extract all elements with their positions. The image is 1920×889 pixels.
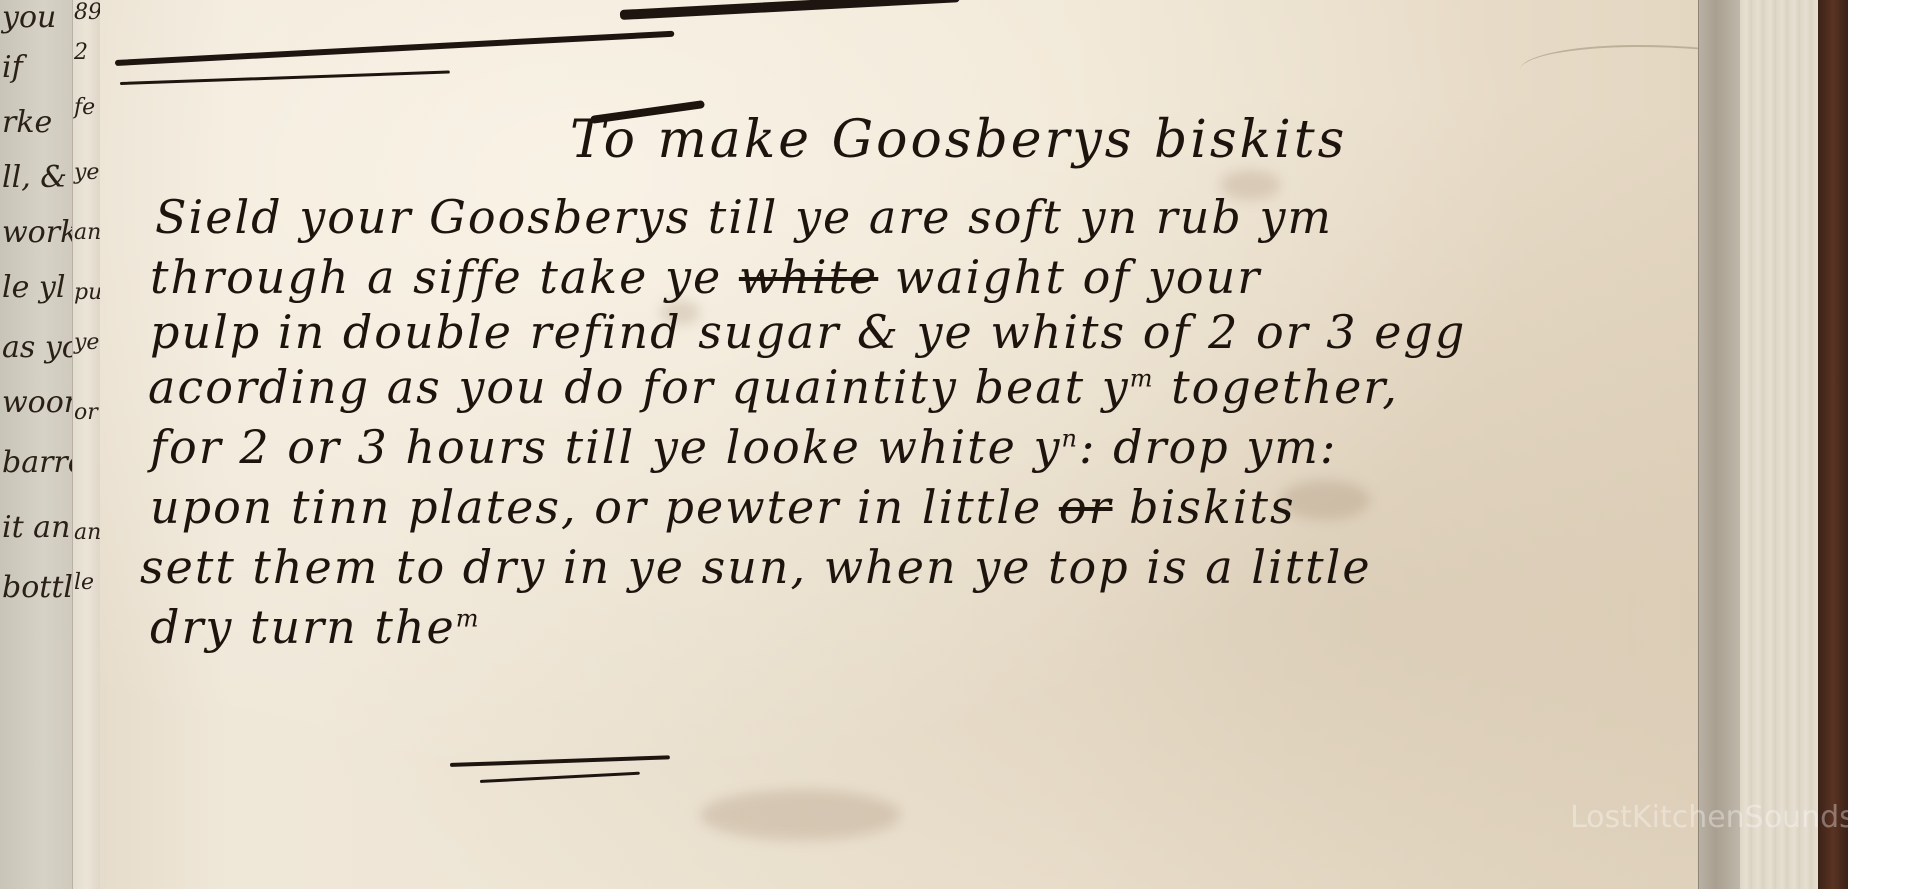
struck-word: or [1059,480,1113,534]
gutter-strip: 89 2 fe ye an pul ye or an le [72,0,101,889]
left-fragment: as you [2,330,72,365]
left-fragment: you [2,0,56,35]
line-text: acording as you do for quaintity beat y [148,360,1130,414]
superscript: m [1130,365,1155,393]
left-fragment: it an [2,510,70,545]
gutter-fragment: le [74,570,94,595]
page-edge [1698,0,1741,889]
left-fragment: barrel [2,445,72,480]
recipe-line-2: through a siffe take ye white waight of … [150,250,1261,304]
line-text: : drop ym: [1079,420,1337,474]
left-fragment: rke [2,105,52,140]
top-strike-rule [115,31,675,66]
recipe-title: To make Goosberys biskits [570,110,1347,170]
line-text: biskits [1113,480,1296,534]
left-fragment: bottle [2,570,72,605]
recipe-line-6: upon tinn plates, or pewter in little or… [150,480,1296,534]
ink-smudge [700,790,900,840]
line-text: through a siffe take ye [150,250,739,304]
left-fragment: if [2,50,23,85]
line-text: waight of your [878,250,1261,304]
recipe-line-3: pulp in double refind sugar & ye whits o… [150,305,1466,359]
top-strike-rule [120,70,450,85]
left-fragment: woor [2,385,72,420]
recipe-line-1: Sield your Goosberys till ye are soft yn… [155,190,1333,244]
book-cover [1818,0,1848,889]
struck-word: white [739,250,878,304]
left-fragment: work [2,215,72,250]
recipe-line-8: dry turn them [150,600,481,654]
recipe-line-7: sett them to dry in ye sun, when ye top … [140,540,1372,594]
superscript: n [1062,425,1079,453]
line-text: together, [1154,360,1398,414]
left-fragment: ll, & [2,160,67,195]
line-text: dry turn the [150,600,456,654]
gutter-fragment: ye [74,330,99,355]
gutter-fragment: an [74,520,101,545]
gutter-fragment: an [74,220,101,245]
gutter-fragment: pul [74,280,101,305]
gutter-fragment: fe [74,95,95,120]
watermark: LostKitchenSounds [1570,800,1855,835]
gutter-fragment: 2 [74,40,88,65]
left-facing-page: you if rke ll, & work le yl as you woor … [0,0,72,889]
line-text: upon tinn plates, or pewter in little [150,480,1059,534]
gutter-fragment: or [74,400,98,425]
top-strike-rule [620,0,960,20]
line-text: for 2 or 3 hours till ye looke white y [150,420,1062,474]
recipe-line-5: for 2 or 3 hours till ye looke white yn:… [150,420,1337,474]
left-fragment: le yl [2,270,65,305]
page-stack [1740,0,1819,889]
superscript: m [456,605,481,633]
gutter-fragment: ye [74,160,99,185]
recipe-line-4: acording as you do for quaintity beat ym… [148,360,1399,414]
gutter-fragment: 89 [74,0,101,25]
